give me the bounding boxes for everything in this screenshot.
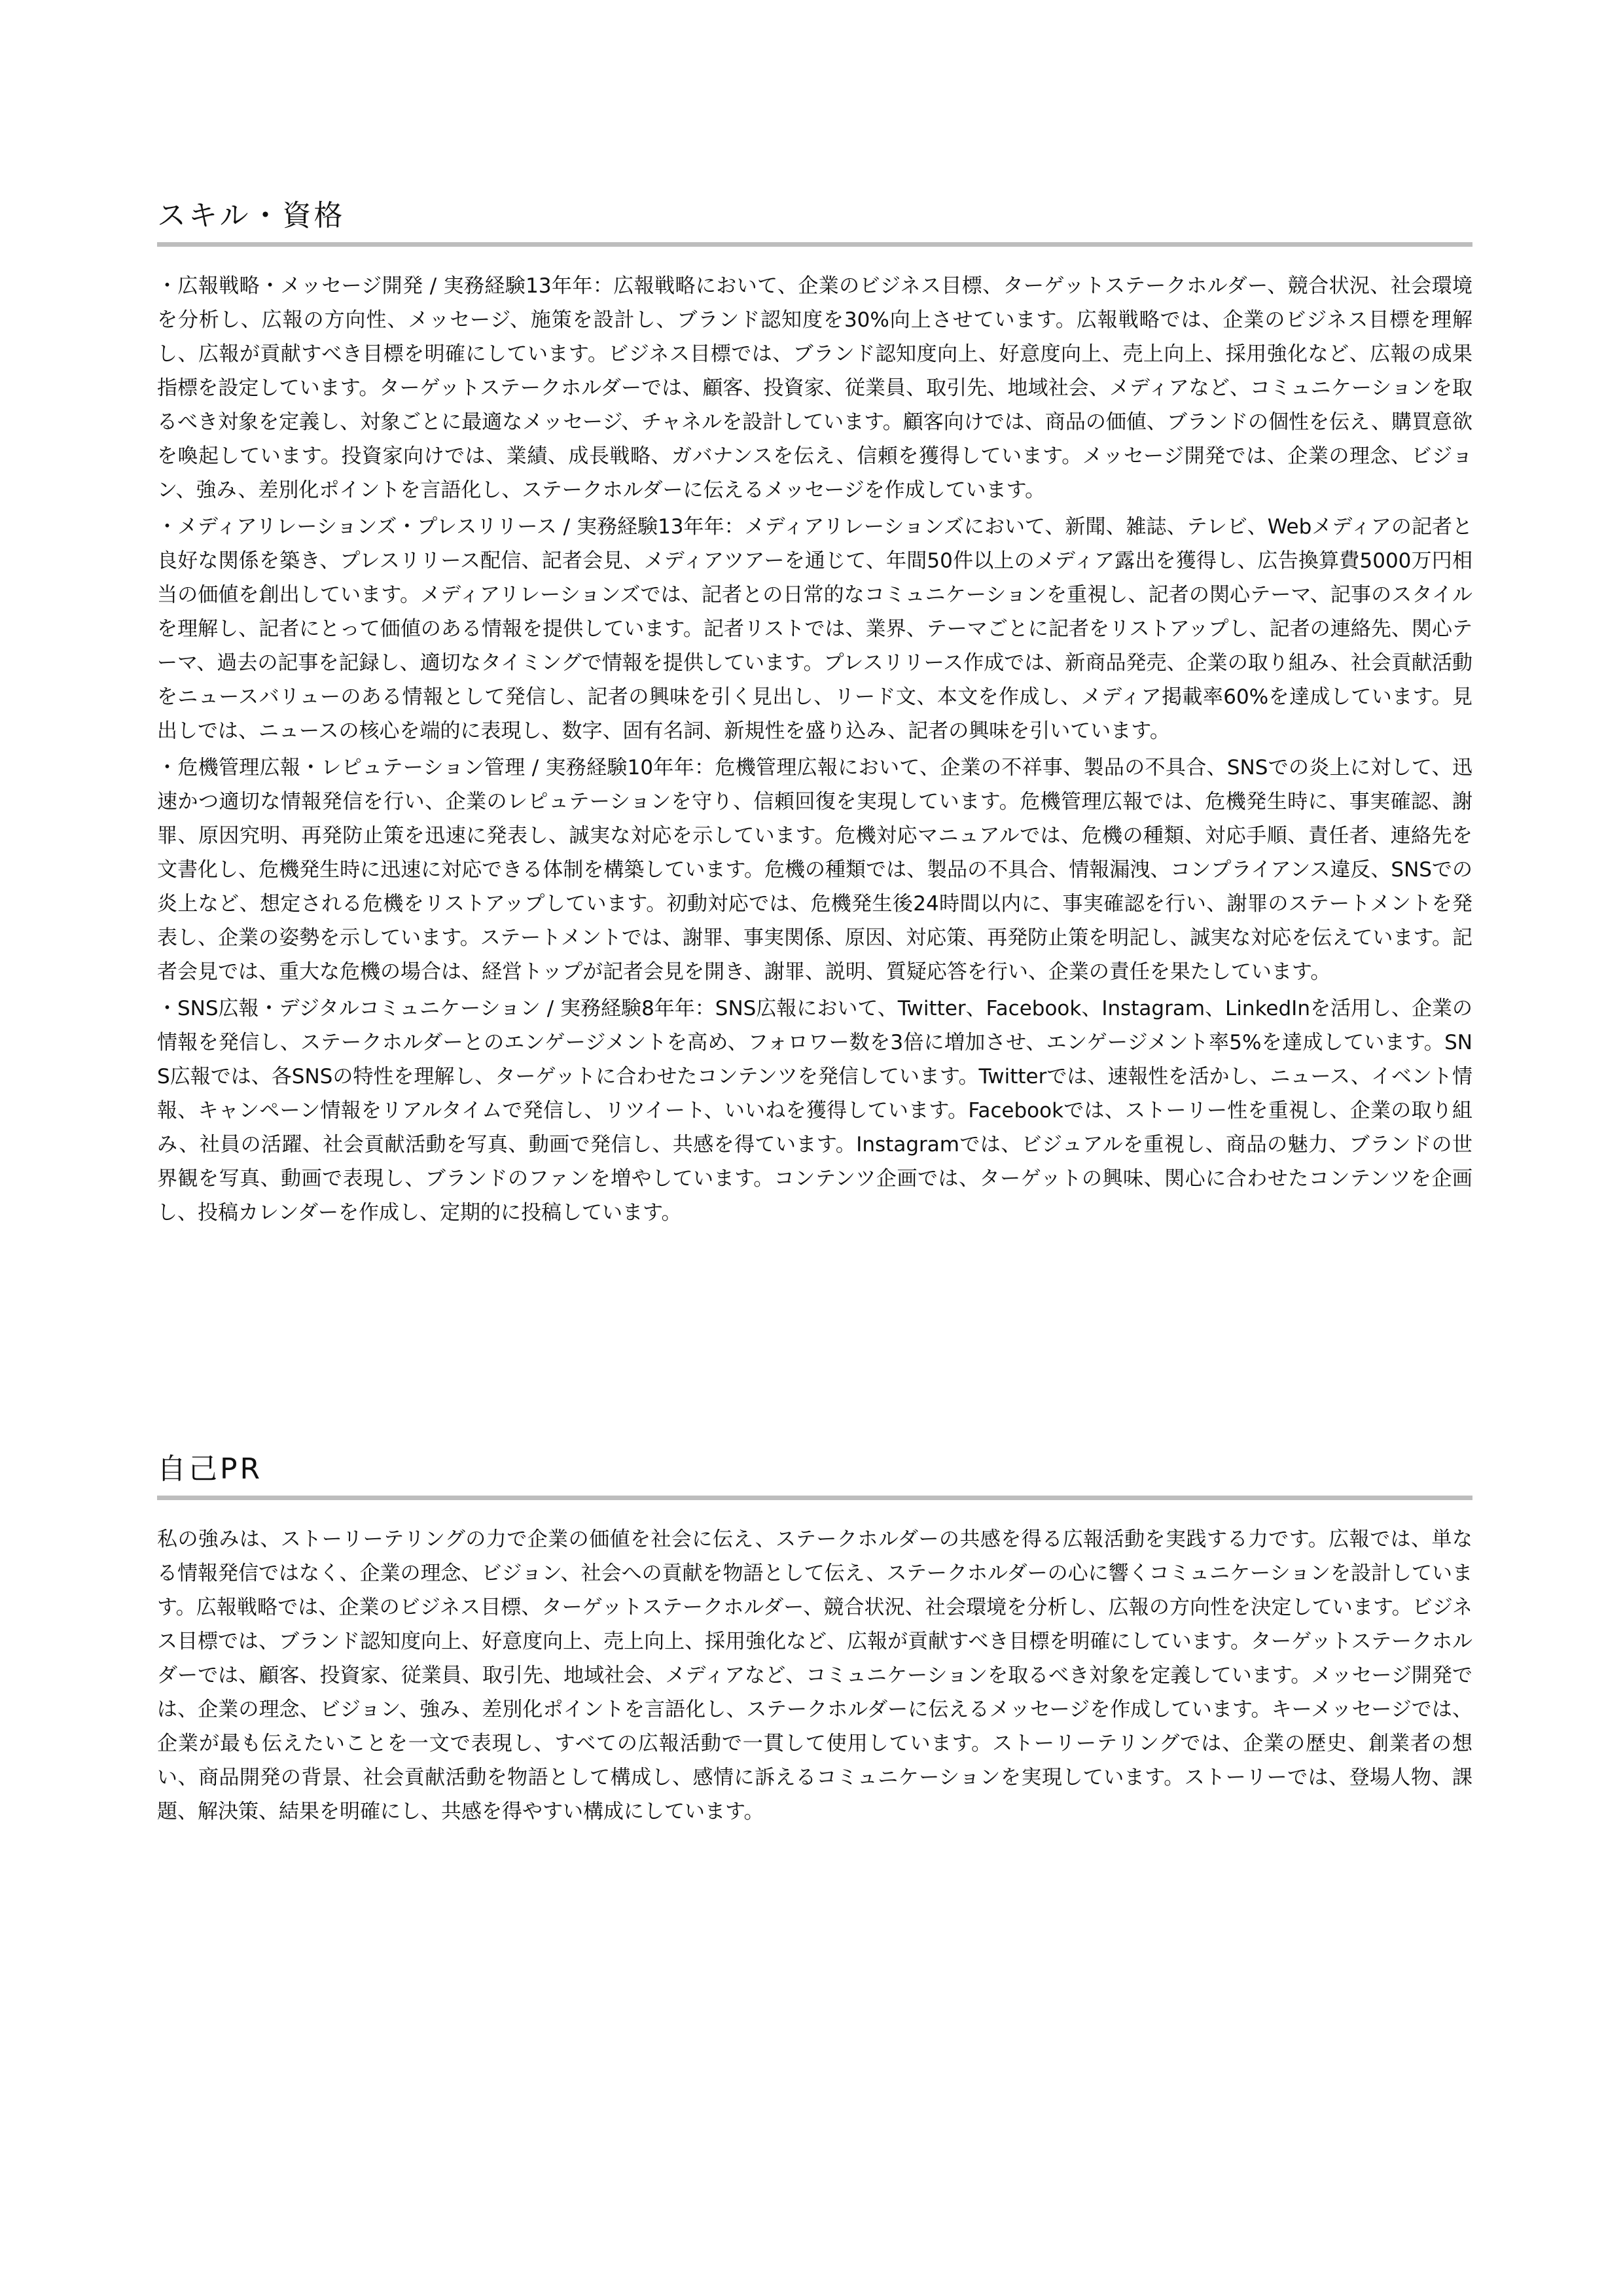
skill-item-pr-strategy: ・広報戦略・メッセージ開発 / 実務経験13年年：広報戦略において、企業のビジネ… [157,269,1472,507]
section-title-skills: スキル・資格 [157,196,1472,236]
section-title-self-pr: 自己PR [157,1450,1472,1489]
skills-section: スキル・資格 ・広報戦略・メッセージ開発 / 実務経験13年年：広報戦略において… [157,196,1472,1232]
section-divider [157,1496,1472,1500]
skill-item-sns: ・SNS広報・デジタルコミュニケーション / 実務経験8年年：SNS広報において… [157,992,1472,1230]
section-divider [157,242,1472,247]
skill-item-media-relations: ・メディアリレーションズ・プレスリリース / 実務経験13年年：メディアリレーシ… [157,510,1472,748]
self-pr-section: 自己PR 私の強みは、ストーリーテリングの力で企業の価値を社会に伝え、ステークホ… [157,1450,1472,1829]
skill-item-crisis-management: ・危機管理広報・レピュテーション管理 / 実務経験10年年：危機管理広報において… [157,751,1472,989]
skills-list: ・広報戦略・メッセージ開発 / 実務経験13年年：広報戦略において、企業のビジネ… [157,269,1472,1230]
self-pr-text: 私の強みは、ストーリーテリングの力で企業の価値を社会に伝え、ステークホルダーの共… [157,1522,1472,1829]
